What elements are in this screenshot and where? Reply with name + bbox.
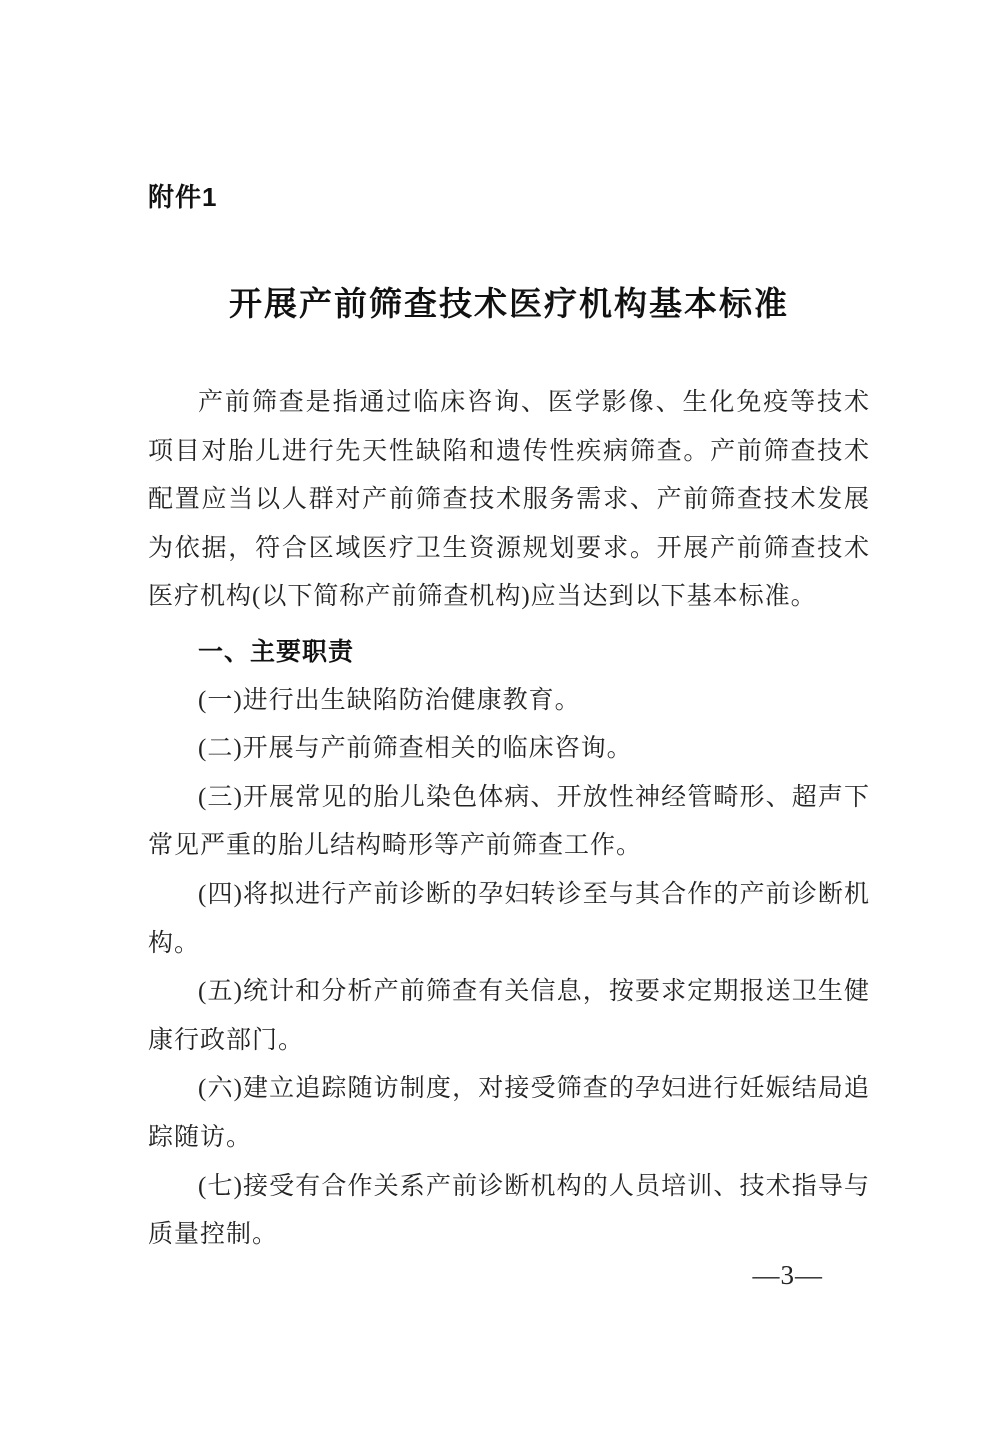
duty-item-3: (三)开展常见的胎儿染色体病、开放性神经管畸形、超声下常见严重的胎儿结构畸形等产… xyxy=(148,774,870,871)
intro-paragraph: 产前筛查是指通过临床咨询、医学影像、生化免疫等技术项目对胎儿进行先天性缺陷和遗传… xyxy=(148,379,870,622)
duty-item-1: (一)进行出生缺陷防治健康教育。 xyxy=(148,677,870,726)
duty-item-5: (五)统计和分析产前筛查有关信息，按要求定期报送卫生健康行政部门。 xyxy=(148,968,870,1065)
duty-item-4: (四)将拟进行产前诊断的孕妇转诊至与其合作的产前诊断机构。 xyxy=(148,871,870,968)
page-number: —3— xyxy=(753,1258,824,1292)
attachment-label: 附件1 xyxy=(148,182,870,212)
document-page: 附件1 开展产前筛查技术医疗机构基本标准 产前筛查是指通过临床咨询、医学影像、生… xyxy=(0,0,1000,1429)
section-heading-main-duties: 一、主要职责 xyxy=(148,628,870,677)
duty-item-7: (七)接受有合作关系产前诊断机构的人员培训、技术指导与质量控制。 xyxy=(148,1163,870,1260)
duty-item-6: (六)建立追踪随访制度，对接受筛查的孕妇进行妊娠结局追踪随访。 xyxy=(148,1065,870,1162)
page-title: 开展产前筛查技术医疗机构基本标准 xyxy=(148,284,870,327)
duty-item-2: (二)开展与产前筛查相关的临床咨询。 xyxy=(148,725,870,774)
